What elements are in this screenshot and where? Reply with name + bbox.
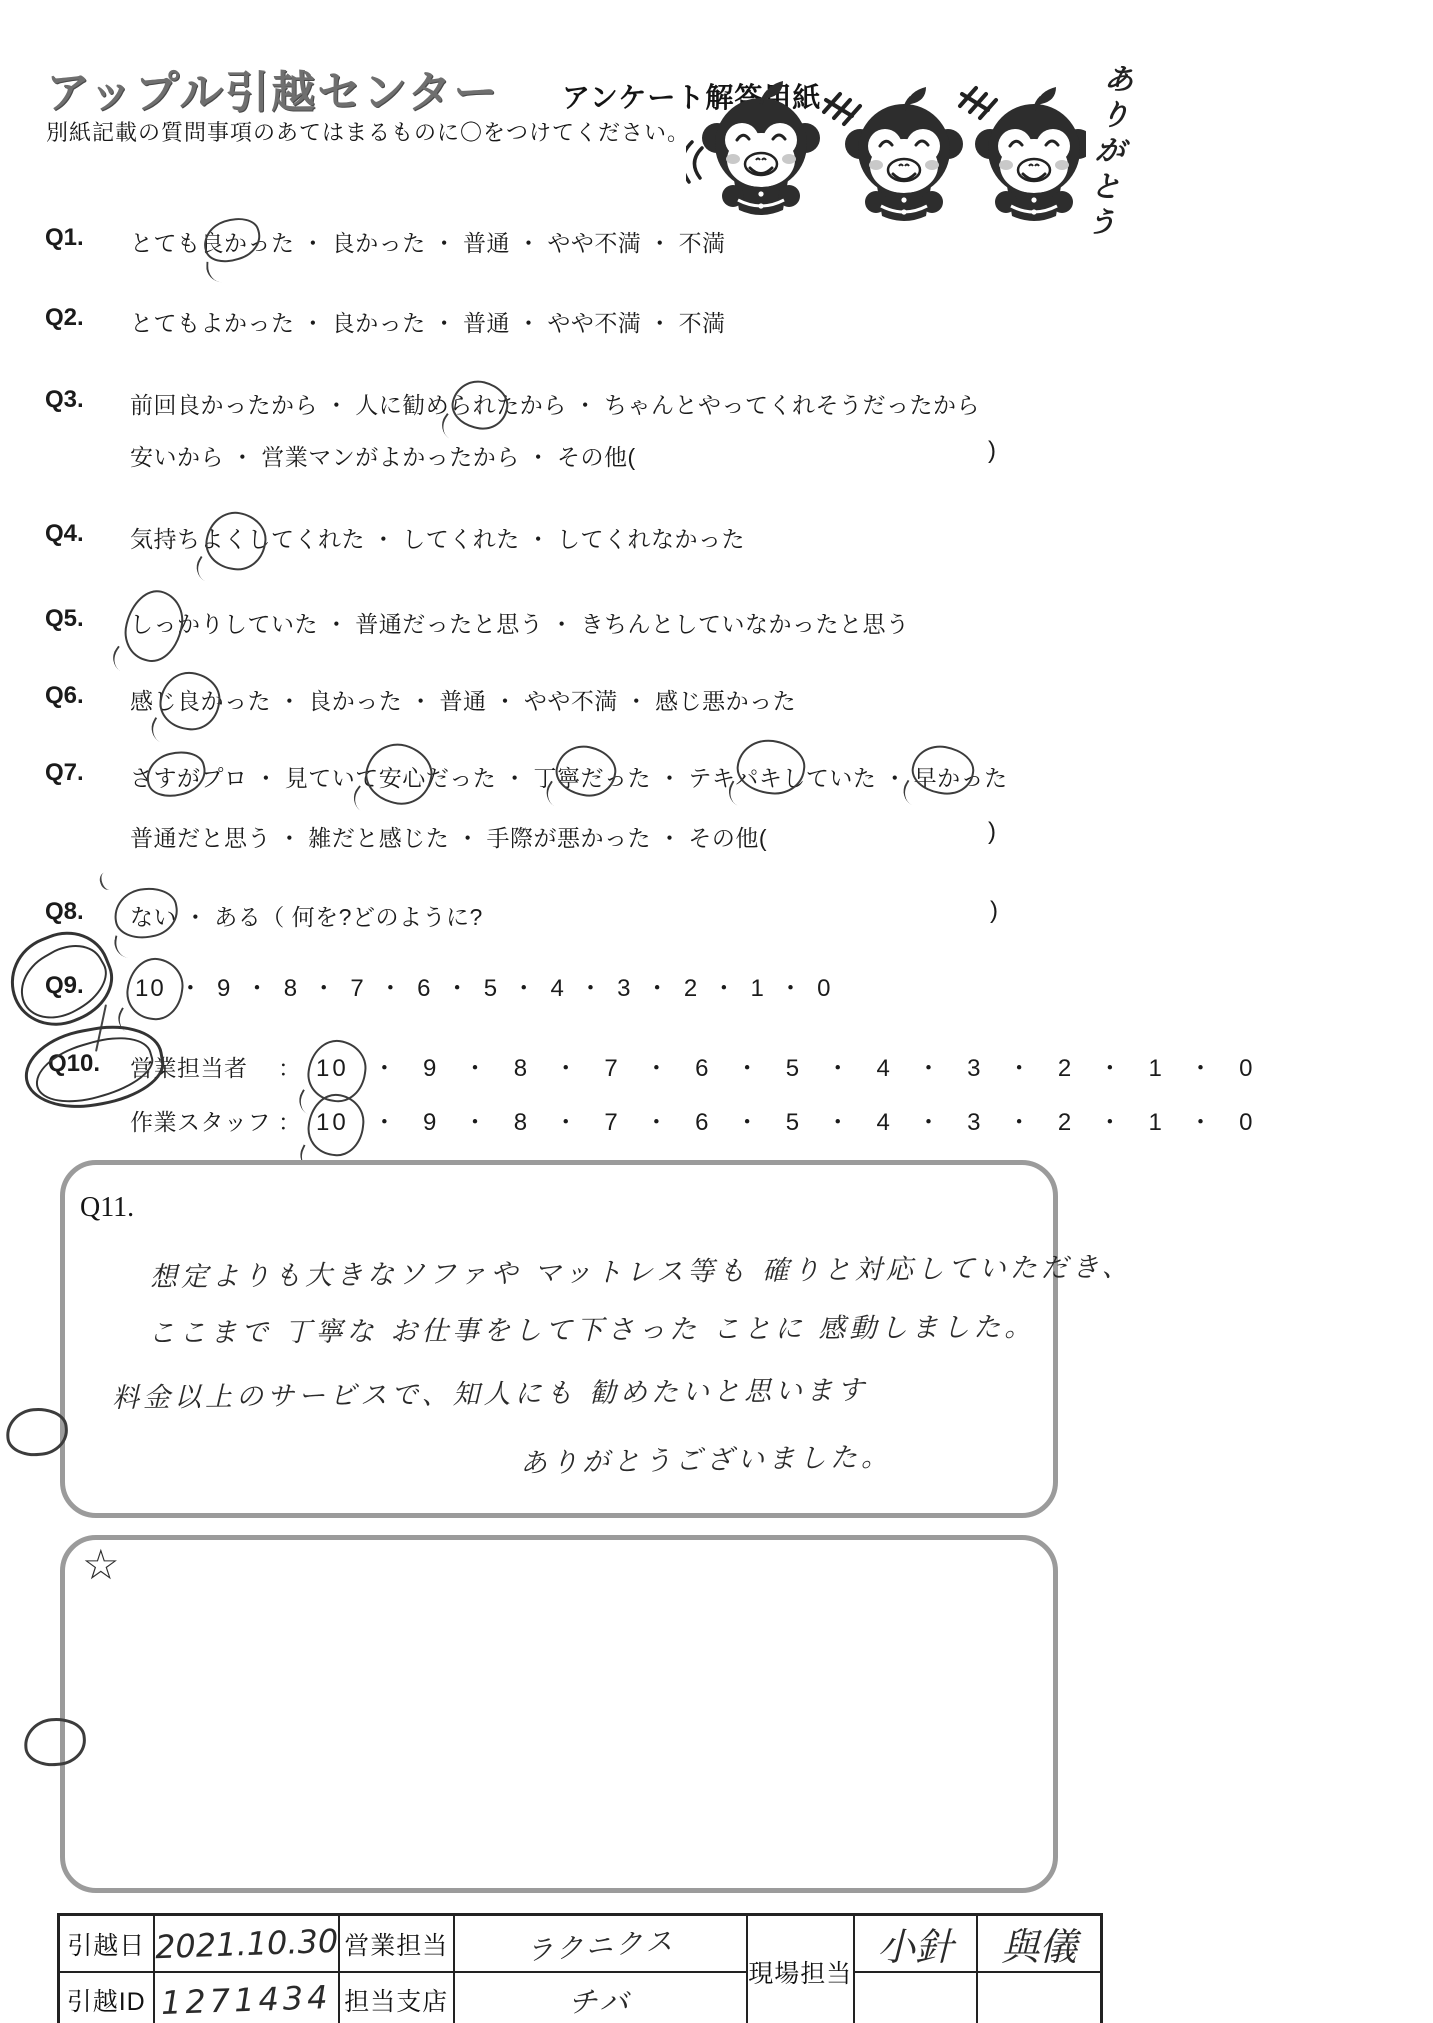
q11-label: Q11. xyxy=(80,1192,134,1224)
q1-label: Q1. xyxy=(45,224,84,252)
q5-answer-circle xyxy=(118,584,190,667)
q8-label: Q8. xyxy=(45,898,84,926)
branch-label: 担当支店 xyxy=(339,1972,454,2023)
move-id-value: 1271434 xyxy=(160,1978,332,2022)
instruction-text: 別紙記載の質問事項のあてはまるものに〇をつけてください。 xyxy=(46,116,690,147)
footer-info-table: 引越日 2021.10.30 営業担当 ラクニクス 現場担当 小針 與儀 引越I… xyxy=(57,1913,1103,2023)
footer-row-1: 引越日 2021.10.30 営業担当 ラクニクス 現場担当 小針 與儀 xyxy=(59,1915,1102,1973)
site-staff-label: 現場担当 xyxy=(747,1915,854,2023)
q3-options-line2: 安いから ・ 営業マンがよかったから ・ その他( xyxy=(130,439,636,472)
q7-close-paren: ) xyxy=(988,818,996,846)
q9-rating-scale: 10 ・ 9 ・ 8 ・ 7 ・ 6 ・ 5 ・ 4 ・ 3 ・ 2 ・ 1 ・… xyxy=(135,968,833,1003)
scanned-survey-page: アップル引越センター アンケート解答用紙 別紙記載の質問事項のあてはまるものに〇… xyxy=(0,0,1433,2023)
q7-answer-circle-2 xyxy=(359,736,439,812)
site-staff-empty-cell-1 xyxy=(854,1972,977,2023)
q2-options: とてもよかった ・ 良かった ・ 普通 ・ やや不満 ・ 不満 xyxy=(130,305,726,338)
q4-label: Q4. xyxy=(45,520,84,548)
q11-handwriting-line3: 料金以上のサービスで、知人にも 勧めたいと思います xyxy=(112,1368,868,1415)
q10-row1-rating-scale: 10 ・ 9 ・ 8 ・ 7 ・ 6 ・ 5 ・ 4 ・ 3 ・ 2 ・ 1 ・… xyxy=(316,1048,1256,1083)
site-staff-name-1: 小針 xyxy=(877,1925,953,1969)
q8-options: ない ・ ある（ 何を?どのように? xyxy=(130,899,483,932)
move-id-label: 引越ID xyxy=(59,1972,154,2023)
q11-handwriting-line2: ここまで 丁寧な お仕事をして下さった ことに 感動しました。 xyxy=(148,1305,1036,1350)
q6-answer-circle xyxy=(156,668,223,734)
q3-answer-circle xyxy=(447,375,513,435)
sales-rep-value: ラクニクス xyxy=(524,1919,676,1968)
q3-options-line1: 前回良かったから ・ 人に勧められたから ・ ちゃんとやってくれそうだったから xyxy=(130,387,980,420)
site-staff-name-2: 與儀 xyxy=(1001,1925,1077,1969)
q2-label: Q2. xyxy=(45,304,84,332)
q7-answer-circle-1 xyxy=(142,745,211,802)
q6-options: 感じ良かった ・ 良かった ・ 普通 ・ やや不満 ・ 感じ悪かった xyxy=(130,683,796,716)
company-logo: アップル引越センター xyxy=(46,56,499,120)
q8-pen-tick xyxy=(98,870,117,891)
star-note-box xyxy=(60,1535,1058,1893)
q7-label: Q7. xyxy=(45,759,84,787)
q4-answer-circle xyxy=(201,507,270,575)
q1-answer-circle xyxy=(198,211,266,269)
site-staff-empty-cell-2 xyxy=(977,1972,1102,2023)
q3-label: Q3. xyxy=(45,386,84,414)
q9-answer-circle xyxy=(123,954,187,1023)
q5-label: Q5. xyxy=(45,605,84,633)
q10-row1-colon: ： xyxy=(278,1050,302,1083)
q8-close-paren: ) xyxy=(990,897,998,925)
mascot-monkeys-illustration xyxy=(686,60,1086,240)
sales-rep-label: 営業担当 xyxy=(339,1915,454,1973)
q11-handwriting-line4: ありがとうございました。 xyxy=(520,1435,893,1480)
q10-row2-rating-scale: 10 ・ 9 ・ 8 ・ 7 ・ 6 ・ 5 ・ 4 ・ 3 ・ 2 ・ 1 ・… xyxy=(316,1102,1256,1137)
footer-row-2: 引越ID 1271434 担当支店 チバ xyxy=(59,1972,1102,2023)
branch-value: チバ xyxy=(568,1980,632,2021)
q10-row2-label: 作業スタッフ xyxy=(130,1104,271,1137)
q7-options-line2: 普通だと思う ・ 雑だと感じた ・ 手際が悪かった ・ その他( xyxy=(130,820,767,853)
q8-answer-circle xyxy=(110,883,182,943)
move-date-label: 引越日 xyxy=(59,1915,154,1973)
star-mark: ☆ xyxy=(82,1540,120,1589)
q6-label: Q6. xyxy=(45,682,84,710)
q5-options: しっかりしていた ・ 普通だったと思う ・ きちんとしていなかったと思う xyxy=(130,606,910,639)
q3-close-paren: ) xyxy=(988,437,996,465)
move-date-value: 2021.10.30 xyxy=(154,1921,338,1965)
q10-row2-colon: ： xyxy=(278,1104,302,1137)
